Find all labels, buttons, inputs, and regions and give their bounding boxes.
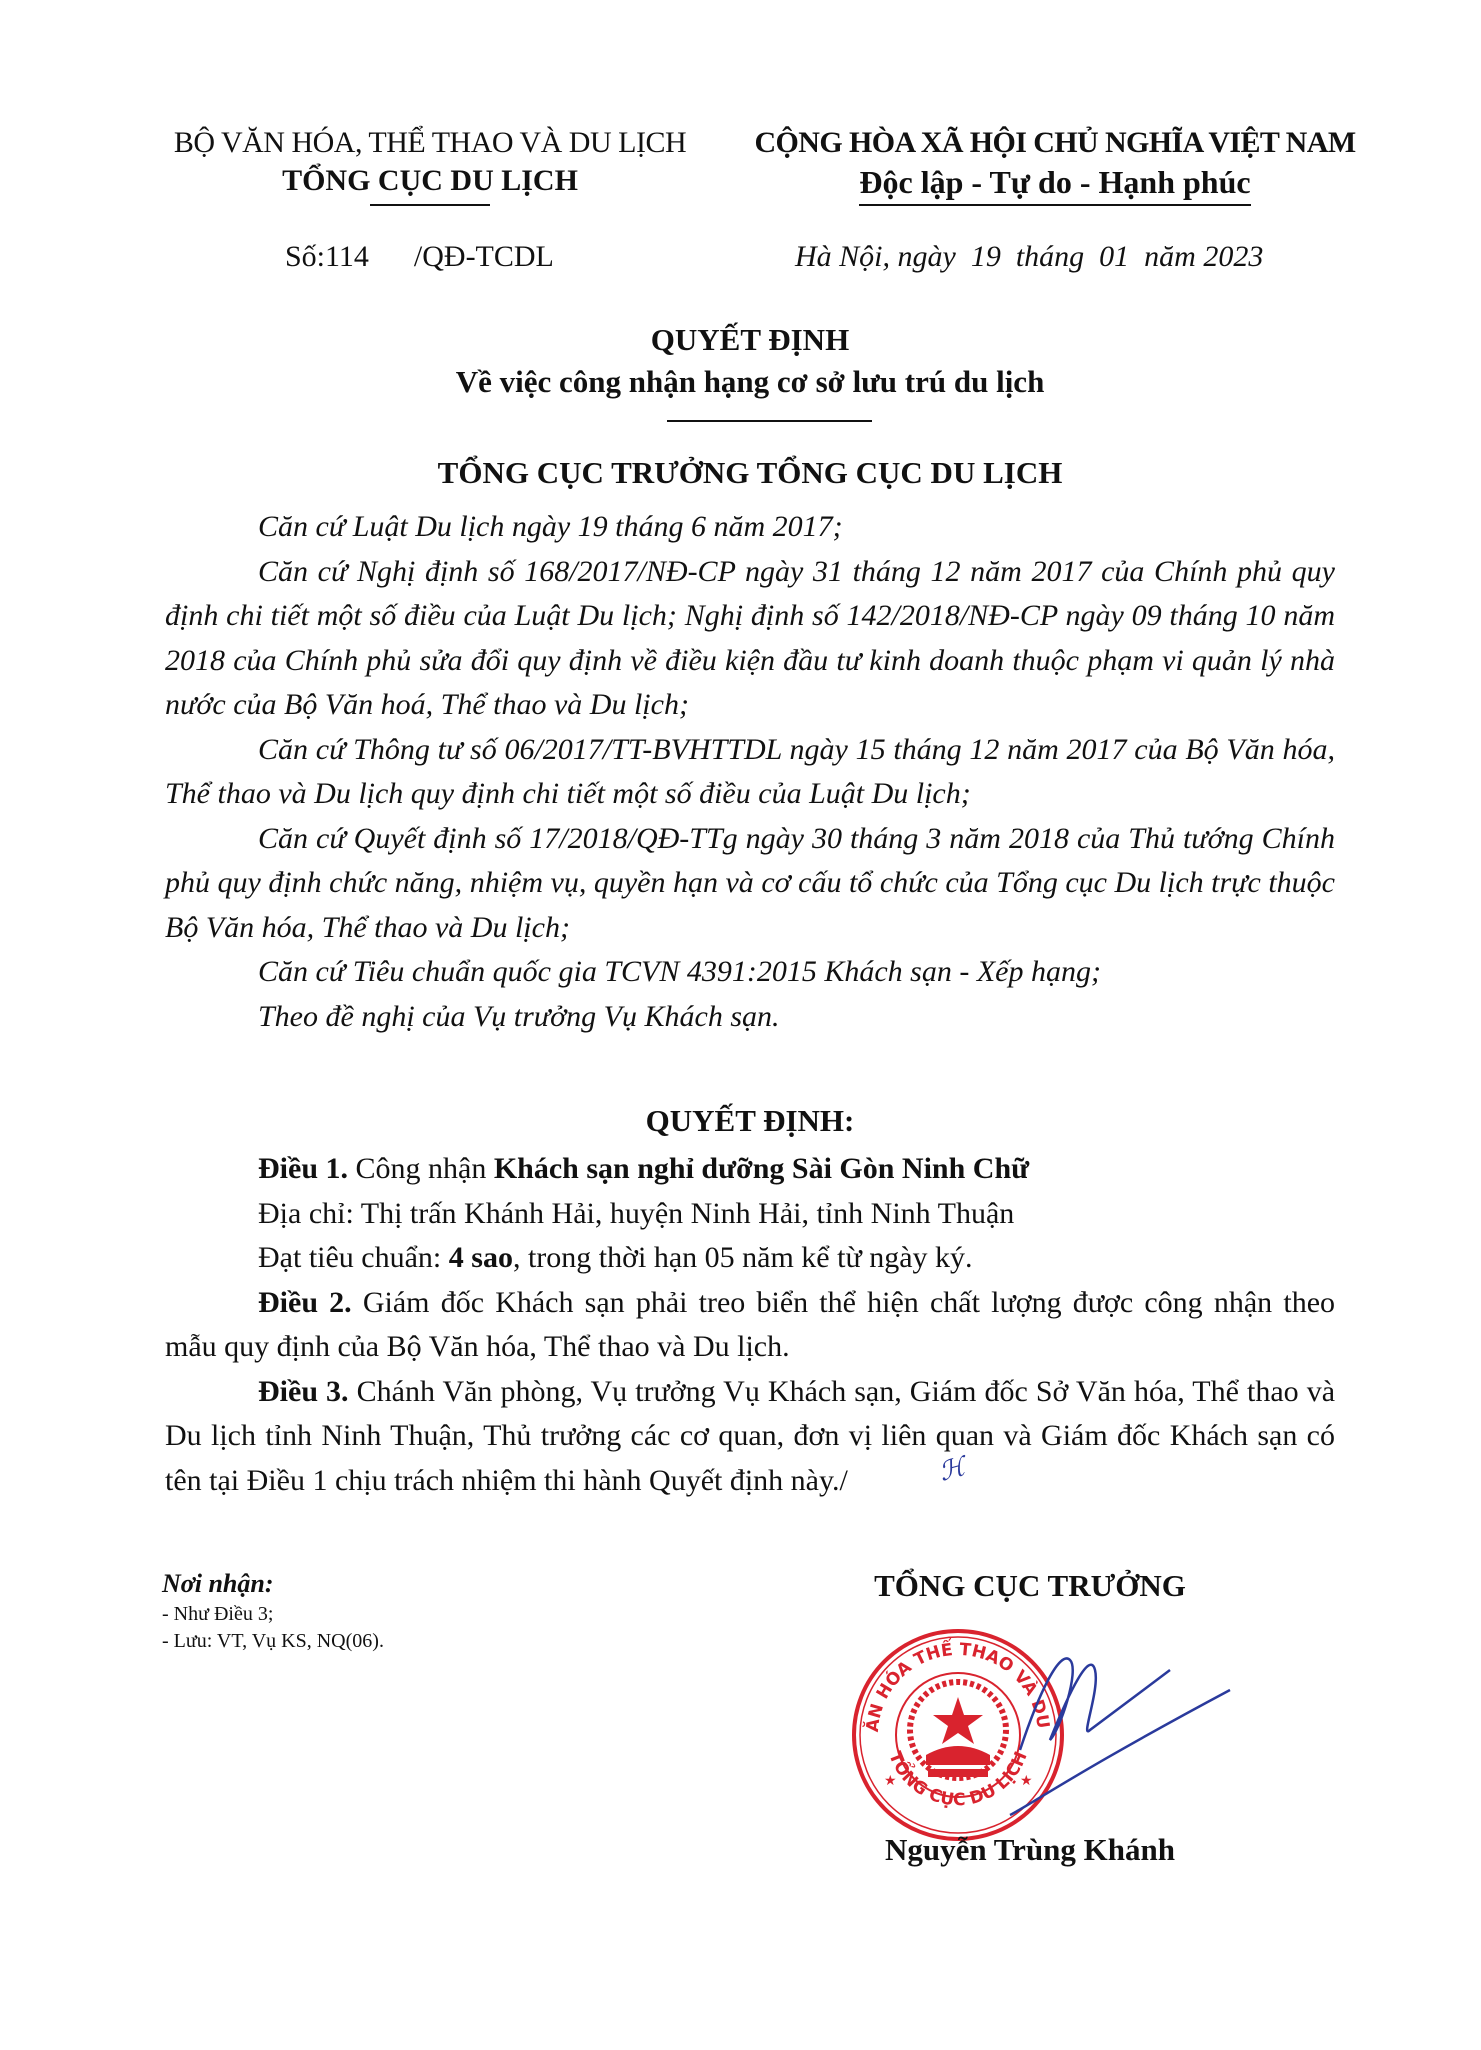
subject-underline: [667, 420, 872, 422]
articles: Điều 1. Công nhận Khách sạn nghỉ dưỡng S…: [165, 1147, 1335, 1504]
issuing-authority: TỔNG CỤC TRƯỞNG TỔNG CỤC DU LỊCH: [150, 455, 1350, 491]
legal-basis-item: Căn cứ Nghị định số 168/2017/NĐ-CP ngày …: [165, 550, 1335, 728]
legal-basis-item: Căn cứ Tiêu chuẩn quốc gia TCVN 4391:201…: [165, 950, 1335, 995]
document-subject: Về việc công nhận hạng cơ sở lưu trú du …: [150, 364, 1350, 400]
legal-basis: Căn cứ Luật Du lịch ngày 19 tháng 6 năm …: [165, 505, 1335, 1039]
hotel-standard: Đạt tiêu chuẩn: 4 sao, trong thời hạn 05…: [165, 1236, 1335, 1281]
article-3: Điều 3. Chánh Văn phòng, Vụ trưởng Vụ Kh…: [165, 1370, 1335, 1505]
signer-title: TỔNG CỤC TRƯỞNG: [840, 1568, 1220, 1604]
hotel-address: Địa chỉ: Thị trấn Khánh Hải, huyện Ninh …: [165, 1192, 1335, 1237]
document-type: QUYẾT ĐỊNH: [150, 322, 1350, 358]
issuing-agency-header: BỘ VĂN HÓA, THỂ THAO VÀ DU LỊCH TỔNG CỤC…: [150, 124, 710, 206]
initial-signature-icon: ℋ: [844, 1445, 970, 1519]
legal-basis-item: Căn cứ Luật Du lịch ngày 19 tháng 6 năm …: [165, 505, 1335, 550]
article-1-label: Điều 1.: [258, 1152, 348, 1185]
recipients-block: Nơi nhận: - Như Điều 3; - Lưu: VT, Vụ KS…: [162, 1567, 384, 1655]
national-header: CỘNG HÒA XÃ HỘI CHỦ NGHĨA VIỆT NAM Độc l…: [735, 124, 1375, 206]
star-rating: 4 sao: [449, 1241, 513, 1274]
agency-name: TỔNG CỤC DU LỊCH: [150, 162, 710, 200]
republic-name: CỘNG HÒA XÃ HỘI CHỦ NGHĨA VIỆT NAM: [735, 124, 1375, 162]
recipient-item: - Lưu: VT, Vụ KS, NQ(06).: [162, 1628, 384, 1655]
recipient-item: - Như Điều 3;: [162, 1601, 384, 1628]
hotel-name: Khách sạn nghỉ dưỡng Sài Gòn Ninh Chữ: [494, 1152, 1029, 1185]
legal-basis-item: Theo đề nghị của Vụ trưởng Vụ Khách sạn.: [165, 995, 1335, 1040]
document-number: Số:114 /QĐ-TCDL: [285, 240, 554, 274]
article-2-label: Điều 2.: [258, 1286, 352, 1319]
document-number-prefix: Số:114: [285, 240, 369, 274]
article-3-label: Điều 3.: [258, 1375, 349, 1408]
document-date: Hà Nội, ngày 19 tháng 01 năm 2023: [795, 240, 1263, 274]
decision-heading: QUYẾT ĐỊNH:: [150, 1103, 1350, 1139]
article-1: Điều 1. Công nhận Khách sạn nghỉ dưỡng S…: [165, 1147, 1335, 1192]
agency-underline: [370, 204, 490, 206]
document-number-suffix: /QĐ-TCDL: [414, 240, 554, 274]
signer-name: Nguyễn Trùng Khánh: [850, 1832, 1210, 1868]
recipients-label: Nơi nhận:: [162, 1567, 384, 1601]
national-motto: Độc lập - Tự do - Hạnh phúc: [859, 162, 1250, 206]
decision-document: BỘ VĂN HÓA, THỂ THAO VÀ DU LỊCH TỔNG CỤC…: [0, 0, 1481, 2050]
legal-basis-item: Căn cứ Quyết định số 17/2018/QĐ-TTg ngày…: [165, 817, 1335, 951]
handwritten-signature-icon: [1000, 1630, 1240, 1830]
ministry-name: BỘ VĂN HÓA, THỂ THAO VÀ DU LỊCH: [150, 124, 710, 162]
svg-text:★: ★: [884, 1774, 897, 1789]
article-2: Điều 2. Giám đốc Khách sạn phải treo biể…: [165, 1281, 1335, 1370]
legal-basis-item: Căn cứ Thông tư số 06/2017/TT-BVHTTDL ng…: [165, 728, 1335, 817]
